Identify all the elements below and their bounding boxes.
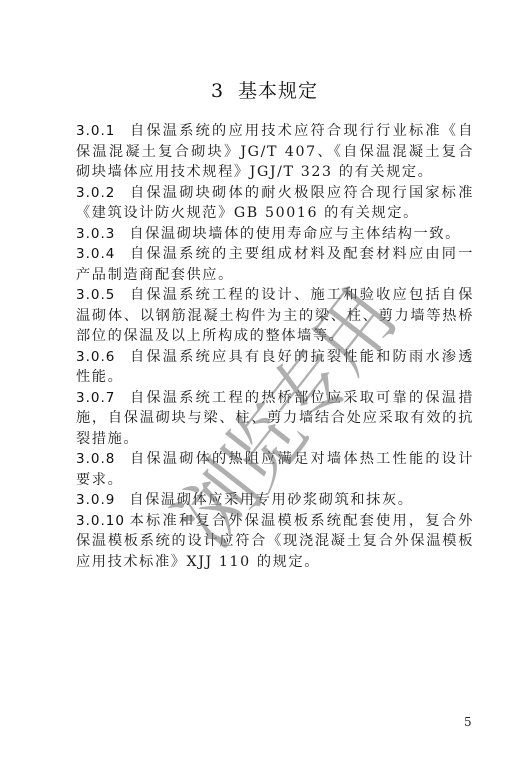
clause-number: 3.0.4 [76, 246, 115, 262]
clause-3-0-5: 3.0.5自保温系统工程的设计、施工和验收应包括自保温砌体、以钢筋混凝土构件为主… [76, 285, 474, 347]
clause-text: 自保温砌块砌体的耐火极限应符合现行国家标准《建筑设计防火规范》GB 50016 … [76, 185, 474, 222]
clause-number: 3.0.5 [76, 287, 115, 303]
clause-text: 自保温砌体应采用专用砂浆砌筑和抹灰。 [129, 492, 413, 508]
clause-3-0-3: 3.0.3自保温砌块墙体的使用寿命应与主体结构一致。 [76, 224, 474, 245]
clause-text: 自保温系统应具有良好的抗裂性能和防雨水渗透性能。 [76, 349, 474, 386]
clause-text: 自保温系统工程的设计、施工和验收应包括自保温砌体、以钢筋混凝土构件为主的梁、柱、… [76, 287, 474, 344]
clause-text: 自保温砌块墙体的使用寿命应与主体结构一致。 [129, 226, 461, 242]
clause-number: 3.0.7 [76, 390, 115, 406]
chapter-number: 3 [211, 80, 224, 102]
page-number: 5 [464, 715, 472, 729]
clause-text: 自保温系统的主要组成材料及配套材料应由同一产品制造商配套供应。 [76, 246, 474, 283]
clause-number: 3.0.8 [76, 451, 115, 467]
clause-number: 3.0.9 [76, 492, 115, 508]
clause-number: 3.0.10 [76, 513, 125, 529]
clause-number: 3.0.3 [76, 226, 115, 242]
clause-number: 3.0.6 [76, 349, 115, 365]
clause-3-0-10: 3.0.10本标准和复合外保温模板系统配套使用，复合外保温模板系统的设计应符合《… [76, 511, 474, 573]
clause-text: 自保温砌体的热阻应满足对墙体热工性能的设计要求。 [76, 451, 474, 488]
chapter-title: 3基本规定 [0, 76, 529, 103]
document-page: 3基本规定 3.0.1自保温系统的应用技术应符合现行行业标准《自保温混凝土复合砌… [0, 0, 529, 767]
clause-number: 3.0.1 [76, 123, 115, 139]
clause-3-0-8: 3.0.8自保温砌体的热阻应满足对墙体热工性能的设计要求。 [76, 449, 474, 490]
clause-number: 3.0.2 [76, 185, 115, 201]
chapter-heading: 基本规定 [238, 80, 318, 102]
clause-text: 自保温系统的应用技术应符合现行行业标准《自保温混凝土复合砌块》JG/T 407、… [76, 123, 474, 180]
clause-3-0-4: 3.0.4自保温系统的主要组成材料及配套材料应由同一产品制造商配套供应。 [76, 244, 474, 285]
clause-3-0-1: 3.0.1自保温系统的应用技术应符合现行行业标准《自保温混凝土复合砌块》JG/T… [76, 121, 474, 183]
clause-3-0-2: 3.0.2自保温砌块砌体的耐火极限应符合现行国家标准《建筑设计防火规范》GB 5… [76, 183, 474, 224]
clause-3-0-9: 3.0.9自保温砌体应采用专用砂浆砌筑和抹灰。 [76, 490, 474, 511]
clause-text: 自保温系统工程的热桥部位应采取可靠的保温措施，自保温砌块与梁、柱、剪力墙结合处应… [76, 390, 474, 447]
clause-3-0-7: 3.0.7自保温系统工程的热桥部位应采取可靠的保温措施，自保温砌块与梁、柱、剪力… [76, 388, 474, 450]
clause-text: 本标准和复合外保温模板系统配套使用，复合外保温模板系统的设计应符合《现浇混凝土复… [76, 513, 474, 570]
clause-3-0-6: 3.0.6自保温系统应具有良好的抗裂性能和防雨水渗透性能。 [76, 347, 474, 388]
clause-list: 3.0.1自保温系统的应用技术应符合现行行业标准《自保温混凝土复合砌块》JG/T… [76, 121, 474, 572]
